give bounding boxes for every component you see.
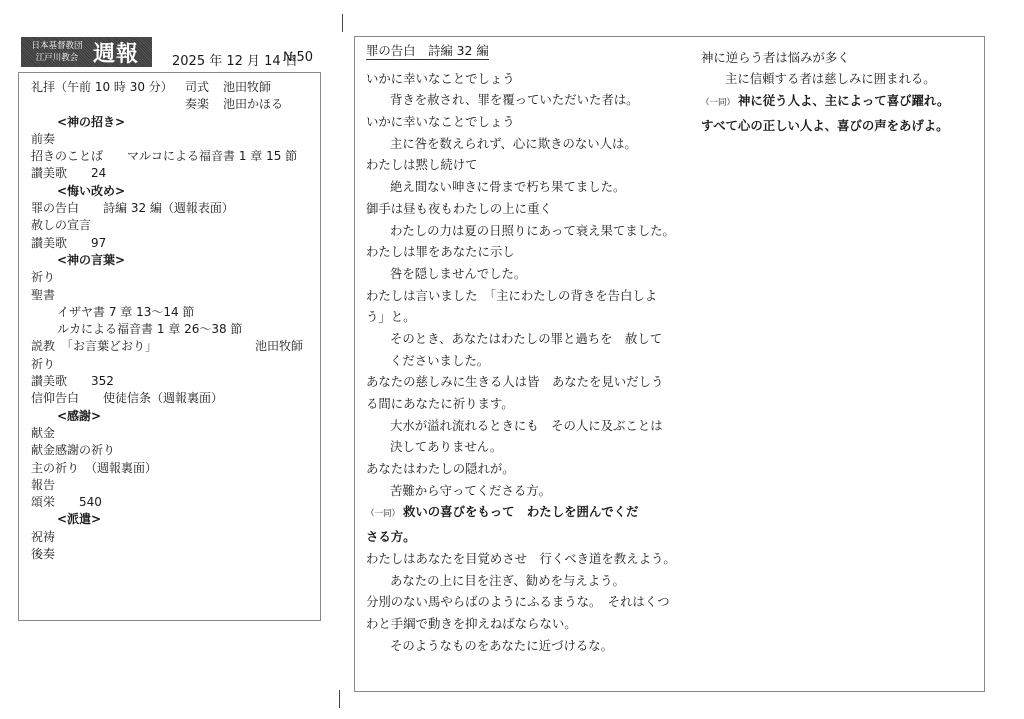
- confession-line-text: あなたの上に目を注ぎ、勧めを与えよう。: [390, 573, 625, 588]
- confession-line-text: いかに幸いなことでしょう: [366, 114, 515, 129]
- section-heading: <神の招き>: [31, 114, 314, 131]
- order-item-text: <神の言葉>: [57, 253, 125, 267]
- order-item-text: 聖書: [31, 288, 55, 302]
- confession-line-text: わたしは黙し続けて: [366, 157, 478, 172]
- church-label: 江戸川教会: [25, 52, 89, 64]
- order-item-text: 献金感謝の祈り: [31, 443, 115, 457]
- order-item-text: 祈り: [31, 357, 55, 371]
- confession-line: そのとき、あなたはわたしの罪と過ちを 赦して: [366, 324, 686, 346]
- section-heading: <派遣>: [31, 511, 314, 528]
- confession-line-text: 主に信頼する者は慈しみに囲まれる。: [725, 71, 936, 86]
- order-item-text: ルカによる福音書 1 章 26～38 節: [57, 322, 242, 336]
- order-item-text: <感謝>: [57, 409, 101, 423]
- confession-line-text: あなたはわたしの隠れが。: [366, 461, 515, 476]
- confession-line-text: 大水が溢れ流れるときにも その人に及ぶことは: [390, 418, 663, 433]
- order-item-text: 信仰告白 使徒信条（週報裏面）: [31, 391, 223, 405]
- order-item: ルカによる福音書 1 章 26～38 節: [31, 321, 314, 338]
- confession-line-text: る間にあなたに祈ります。: [366, 396, 514, 411]
- order-item: 讃美歌 24: [31, 165, 314, 182]
- order-item: 祝祷: [31, 529, 314, 546]
- confession-line-text: そのとき、あなたはわたしの罪と過ちを 赦して: [390, 331, 662, 346]
- section-heading: <神の言葉>: [31, 252, 314, 269]
- confession-line: 絶え間ない呻きに骨まで朽ち果てました。: [366, 172, 686, 194]
- order-item: 罪の告白 詩編 32 編（週報表面）: [31, 200, 314, 217]
- order-item: 赦しの宣言: [31, 217, 314, 234]
- confession-line: 決してありません。: [366, 433, 686, 455]
- confession-line-text: 神に従う人よ、主によって喜び躍れ。: [738, 93, 949, 108]
- confession-line-text: さる方。: [366, 529, 416, 544]
- section-heading: <悔い改め>: [31, 183, 314, 200]
- fold-mark-bottom: [339, 690, 340, 708]
- confession-line-text: わたしは言いました 「主にわたしの背きを告白しよ: [366, 288, 657, 303]
- confession-column-2: 神に逆らう者は悩みが多く主に信頼する者は慈しみに囲まれる。（一同）神に従う人よ、…: [701, 43, 981, 133]
- confession-line-text: そのようなものをあなたに近づけるな。: [390, 638, 613, 653]
- order-item-person: 池田牧師: [223, 79, 271, 96]
- order-item-text: <悔い改め>: [57, 184, 125, 198]
- order-item-text: 讃美歌 97: [31, 236, 106, 250]
- confession-line: 大水が溢れ流れるときにも その人に及ぶことは: [366, 411, 686, 433]
- order-item: 讃美歌 352: [31, 373, 314, 390]
- confession-line: そのようなものをあなたに近づけるな。: [366, 631, 686, 653]
- confession-line-text: 決してありません。: [390, 439, 502, 454]
- order-item-text: 頌栄 540: [31, 495, 102, 509]
- order-item-text: 報告: [31, 478, 55, 492]
- confession-line-text: あなたの慈しみに生きる人は皆 あなたを見いだしう: [366, 374, 663, 389]
- order-item-text: 招きのことば マルコによる福音書 1 章 15 節: [31, 149, 297, 163]
- confession-line-text: すべて心の正しい人よ、喜びの声をあげよ。: [701, 118, 949, 133]
- congregation-response-line: すべて心の正しい人よ、喜びの声をあげよ。: [701, 111, 981, 133]
- order-item: 礼拝（午前 10 時 30 分）司式池田牧師: [31, 79, 314, 96]
- bulletin-title: 週報: [89, 37, 139, 68]
- order-item-role: 奏楽: [185, 96, 209, 113]
- confession-line: る間にあなたに祈ります。: [366, 389, 686, 411]
- order-item: 報告: [31, 477, 314, 494]
- confession-line-text: 神に逆らう者は悩みが多く: [701, 50, 850, 65]
- church-name: 日本基督教団 江戸川教会: [21, 40, 89, 64]
- confession-line: あなたの慈しみに生きる人は皆 あなたを見いだしう: [366, 368, 686, 390]
- confession-line: あなたの上に目を注ぎ、勧めを与えよう。: [366, 566, 686, 588]
- order-of-worship-panel: 礼拝（午前 10 時 30 分）司式池田牧師奏楽池田かほる<神の招き>前奏招きの…: [18, 72, 321, 621]
- confession-line-text: 苦難から守ってくださる方。: [390, 483, 551, 498]
- confession-line: 神に逆らう者は悩みが多く: [701, 43, 981, 65]
- confession-line: くださいました。: [366, 346, 686, 368]
- confession-line-text: 御手は昼も夜もわたしの上に重く: [366, 201, 552, 216]
- confession-line: う」と。: [366, 303, 686, 325]
- bulletin-logo: 日本基督教団 江戸川教会 週報: [21, 37, 152, 67]
- order-item-text: 讃美歌 24: [31, 166, 106, 180]
- confession-line-text: 背きを赦され、罪を覆っていただいた者は。: [390, 92, 639, 107]
- confession-line-text: わたしの力は夏の日照りにあって衰え果てました。: [390, 223, 675, 238]
- confession-line: 咎を隠しませんでした。: [366, 259, 686, 281]
- confession-line-text: わと手綱で動きを抑えねばならない。: [366, 616, 577, 631]
- order-item-text: 讃美歌 352: [31, 374, 114, 388]
- confession-line: わたしの力は夏の日照りにあって衰え果てました。: [366, 216, 686, 238]
- order-item-text: <派遣>: [57, 512, 101, 526]
- order-item: 信仰告白 使徒信条（週報裏面）: [31, 390, 314, 407]
- confession-line-text: 救いの喜びをもって わたしを囲んでくだ: [403, 504, 638, 519]
- order-item: 招きのことば マルコによる福音書 1 章 15 節: [31, 148, 314, 165]
- confession-title: 罪の告白 詩編 32 編: [366, 43, 489, 60]
- order-item-text: 前奏: [31, 132, 55, 146]
- order-item-text: イザヤ書 7 章 13～14 節: [57, 305, 194, 319]
- confession-line: わたしは罪をあなたに示し: [366, 238, 686, 260]
- confession-line: 背きを赦され、罪を覆っていただいた者は。: [366, 86, 686, 108]
- order-item: 頌栄 540: [31, 494, 314, 511]
- issue-number: №50: [283, 50, 313, 65]
- order-item: イザヤ書 7 章 13～14 節: [31, 304, 314, 321]
- order-item: 奏楽池田かほる: [31, 96, 314, 113]
- confession-line: あなたはわたしの隠れが。: [366, 454, 686, 476]
- confession-line: 主に信頼する者は慈しみに囲まれる。: [701, 65, 981, 87]
- all-together-tag: （一同）: [366, 509, 400, 519]
- order-item-text: 礼拝（午前 10 時 30 分）: [31, 80, 173, 94]
- confession-line: いかに幸いなことでしょう: [366, 64, 686, 86]
- order-item-text: 主の祈り （週報裏面）: [31, 461, 157, 475]
- order-item: 聖書: [31, 287, 314, 304]
- confession-line-text: う」と。: [366, 309, 416, 324]
- confession-line-text: わたしはあなたを目覚めさせ 行くべき道を教えよう。: [366, 551, 676, 566]
- order-item: 後奏: [31, 546, 314, 563]
- all-together-tag: （一同）: [701, 98, 735, 108]
- issue-date: 2025 年 12 月 14 日: [172, 50, 298, 69]
- order-item: 讃美歌 97: [31, 235, 314, 252]
- confession-lines-2: 神に逆らう者は悩みが多く主に信頼する者は慈しみに囲まれる。（一同）神に従う人よ、…: [701, 43, 981, 133]
- order-item: 前奏: [31, 131, 314, 148]
- confession-line: わたしはあなたを目覚めさせ 行くべき道を教えよう。: [366, 544, 686, 566]
- confession-line-text: 主に咎を数えられず、心に欺きのない人は。: [390, 136, 637, 151]
- confession-line: 主に咎を数えられず、心に欺きのない人は。: [366, 129, 686, 151]
- order-item: 主の祈り （週報裏面）: [31, 460, 314, 477]
- confession-panel: 罪の告白 詩編 32 編 いかに幸いなことでしょう背きを赦され、罪を覆っていただ…: [354, 36, 985, 692]
- confession-line: 御手は昼も夜もわたしの上に重く: [366, 194, 686, 216]
- confession-line: 分別のない馬やらばのようにふるまうな。 それはくつ: [366, 588, 686, 610]
- order-item-text: 罪の告白 詩編 32 編（週報表面）: [31, 201, 234, 215]
- confession-line: いかに幸いなことでしょう: [366, 107, 686, 129]
- order-item-text: 祝祷: [31, 530, 55, 544]
- order-item-text: <神の招き>: [57, 115, 125, 129]
- order-item-text: 祈り: [31, 270, 55, 284]
- order-item-person: 池田かほる: [223, 96, 283, 113]
- section-heading: <感謝>: [31, 408, 314, 425]
- denomination-label: 日本基督教団: [25, 40, 89, 52]
- order-item-text: 赦しの宣言: [31, 218, 91, 232]
- congregation-response-line: さる方。: [366, 522, 686, 544]
- confession-line: わと手綱で動きを抑えねばならない。: [366, 609, 686, 631]
- confession-line: わたしは黙し続けて: [366, 151, 686, 173]
- order-item: 祈り: [31, 269, 314, 286]
- order-item-role: 司式: [185, 79, 209, 96]
- confession-line-text: いかに幸いなことでしょう: [366, 71, 515, 86]
- order-item-preacher: 池田牧師: [255, 338, 303, 355]
- congregation-response-line: （一同）神に従う人よ、主によって喜び躍れ。: [701, 86, 981, 111]
- fold-mark-top: [342, 14, 343, 32]
- confession-line: 苦難から守ってくださる方。: [366, 476, 686, 498]
- confession-lines-1: いかに幸いなことでしょう背きを赦され、罪を覆っていただいた者は。いかに幸いなこと…: [366, 64, 686, 653]
- order-item-text: 説教 「お言葉どおり」: [31, 339, 157, 353]
- order-item: 祈り: [31, 356, 314, 373]
- confession-line-text: 咎を隠しませんでした。: [390, 266, 526, 281]
- confession-column-1: 罪の告白 詩編 32 編 いかに幸いなことでしょう背きを赦され、罪を覆っていただ…: [366, 43, 686, 653]
- congregation-response-line: （一同）救いの喜びをもって わたしを囲んでくだ: [366, 498, 686, 523]
- confession-line-text: くださいました。: [390, 353, 489, 368]
- confession-line-text: わたしは罪をあなたに示し: [366, 244, 515, 259]
- confession-line-text: 絶え間ない呻きに骨まで朽ち果てました。: [390, 179, 625, 194]
- order-item: 説教 「お言葉どおり」池田牧師: [31, 338, 314, 355]
- order-of-worship-list: 礼拝（午前 10 時 30 分）司式池田牧師奏楽池田かほる<神の招き>前奏招きの…: [31, 79, 314, 563]
- order-item: 献金感謝の祈り: [31, 442, 314, 459]
- order-item-text: 後奏: [31, 547, 55, 561]
- order-item-text: 献金: [31, 426, 55, 440]
- confession-line: わたしは言いました 「主にわたしの背きを告白しよ: [366, 281, 686, 303]
- confession-line-text: 分別のない馬やらばのようにふるまうな。 それはくつ: [366, 594, 670, 609]
- order-item: 献金: [31, 425, 314, 442]
